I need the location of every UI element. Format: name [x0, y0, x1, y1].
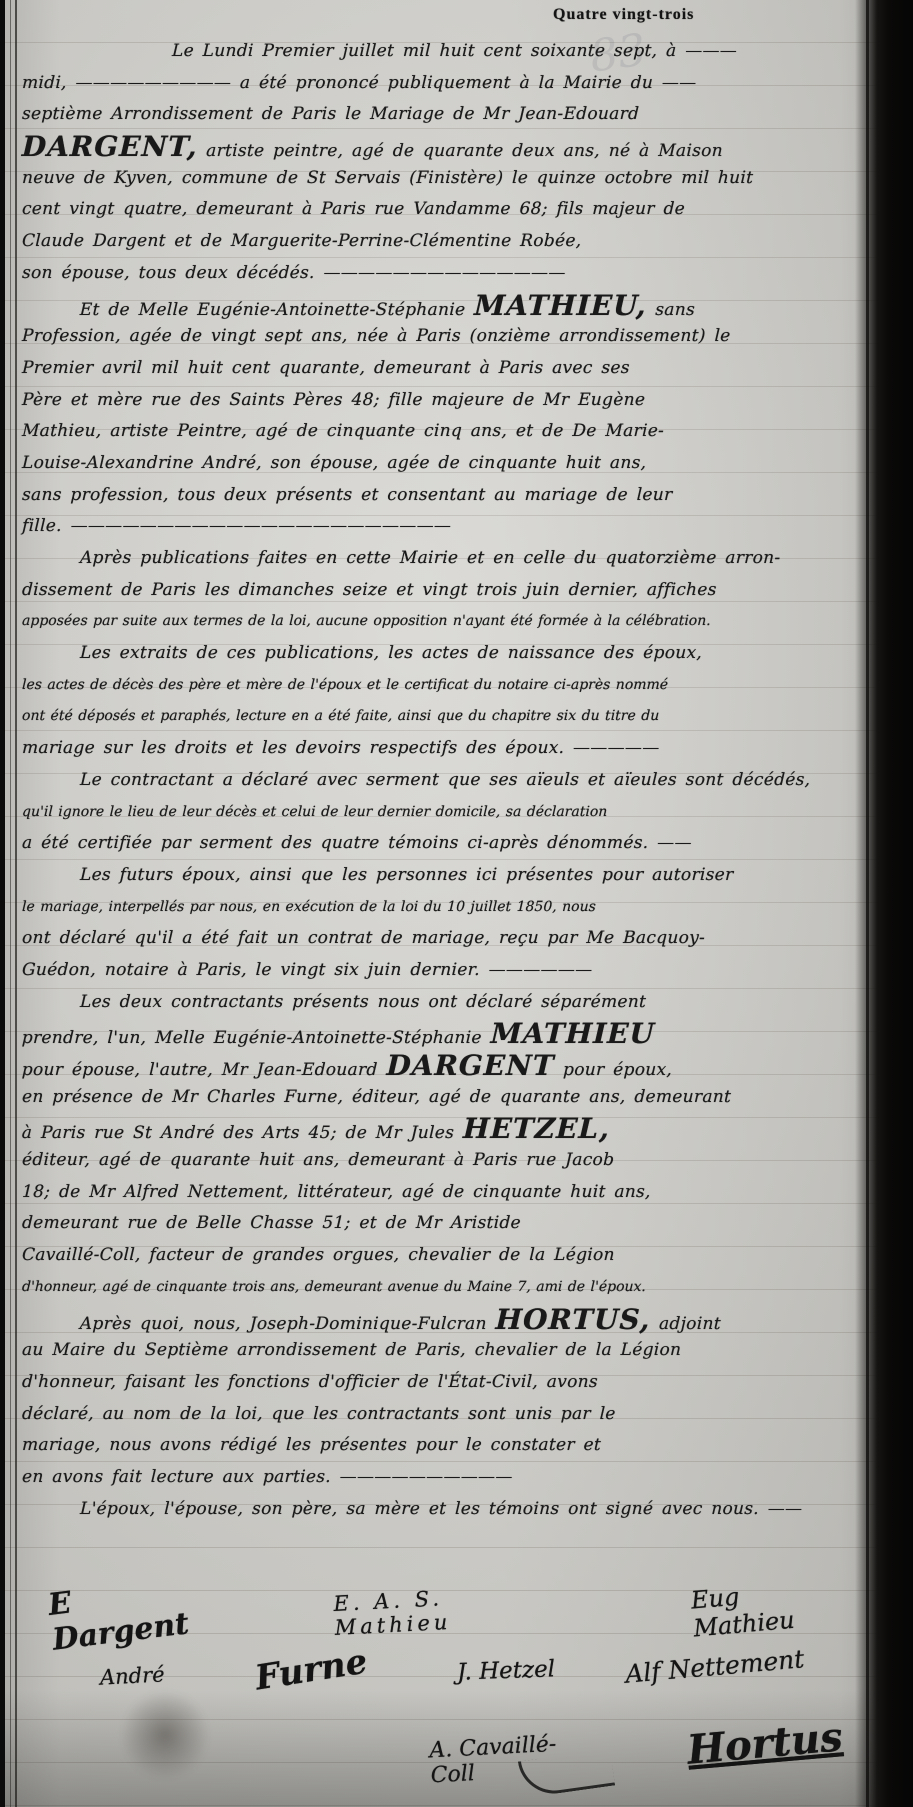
- manuscript-line: qu'il ignore le lieu de leur décès et ce…: [21, 797, 851, 829]
- manuscript-line: Cavaillé-Coll, facteur de grandes orgues…: [21, 1240, 851, 1272]
- manuscript-line: pour épouse, l'autre, Mr Jean-Edouard DA…: [21, 1050, 851, 1082]
- signature: André: [99, 1662, 165, 1689]
- manuscript-line: Père et mère rue des Saints Pères 48; fi…: [21, 385, 851, 417]
- manuscript-line: son épouse, tous deux décédés. —————————…: [21, 258, 851, 290]
- manuscript-line: L'époux, l'épouse, son père, sa mère et …: [21, 1494, 851, 1526]
- surname-emphasis: MATHIEU: [490, 1017, 655, 1050]
- scan-edge-left: [0, 0, 5, 1807]
- manuscript-line: d'honneur, agé de cinquante trois ans, d…: [21, 1272, 851, 1304]
- surname-emphasis: HETZEL,: [463, 1112, 611, 1145]
- manuscript-line: le mariage, interpellés par nous, en exé…: [21, 892, 851, 924]
- manuscript-line: au Maire du Septième arrondissement de P…: [21, 1335, 851, 1367]
- manuscript-line: Le Lundi Premier juillet mil huit cent s…: [21, 36, 851, 68]
- manuscript-line: 18; de Mr Alfred Nettement, littérateur,…: [21, 1177, 851, 1209]
- signature-row: E DargentE. A. S. MathieuEug Mathieu: [30, 1578, 843, 1650]
- manuscript-line: cent vingt quatre, demeurant à Paris rue…: [21, 194, 851, 226]
- manuscript-line: à Paris rue St André des Arts 45; de Mr …: [21, 1113, 851, 1145]
- manuscript-line: apposées par suite aux termes de la loi,…: [21, 606, 851, 638]
- signature: Alf Nettement: [624, 1644, 805, 1689]
- manuscript-line: Les futurs époux, ainsi que les personne…: [21, 860, 851, 892]
- manuscript-line: Les deux contractants présents nous ont …: [21, 987, 851, 1019]
- signature: Hortus: [686, 1713, 845, 1773]
- manuscript-line: mariage, nous avons rédigé les présentes…: [21, 1430, 851, 1462]
- signature: E Dargent: [46, 1568, 217, 1657]
- manuscript-line: Les extraits de ces publications, les ac…: [21, 638, 851, 670]
- act-body: Le Lundi Premier juillet mil huit cent s…: [22, 36, 851, 1525]
- signature: E. A. S. Mathieu: [333, 1580, 563, 1640]
- manuscript-line: fille. ——————————————————————: [21, 511, 851, 543]
- surname-emphasis: DARGENT,: [21, 130, 198, 163]
- manuscript-line: septième Arrondissement de Paris le Mari…: [21, 99, 851, 131]
- manuscript-line: ont été déposés et paraphés, lecture en …: [21, 701, 851, 733]
- manuscript-line: d'honneur, faisant les fonctions d'offic…: [21, 1367, 851, 1399]
- manuscript-line: DARGENT, artiste peintre, agé de quarant…: [21, 131, 851, 163]
- manuscript-line: demeurant rue de Belle Chasse 51; et de …: [21, 1208, 851, 1240]
- manuscript-line: Guédon, notaire à Paris, le vingt six ju…: [21, 955, 851, 987]
- manuscript-line: Le contractant a déclaré avec serment qu…: [21, 765, 851, 797]
- manuscript-line: midi, ————————— a été prononcé publiquem…: [21, 68, 851, 100]
- manuscript-line: Mathieu, artiste Peintre, agé de cinquan…: [21, 416, 851, 448]
- manuscript-line: les actes de décès des père et mère de l…: [21, 670, 851, 702]
- manuscript-line: a été certifiée par serment des quatre t…: [21, 828, 851, 860]
- smudge-stain: [120, 1690, 210, 1780]
- manuscript-line: déclaré, au nom de la loi, que les contr…: [21, 1399, 851, 1431]
- manuscript-line: Premier avril mil huit cent quarante, de…: [21, 353, 851, 385]
- surname-emphasis: HORTUS,: [495, 1303, 651, 1336]
- manuscript-line: éditeur, agé de quarante huit ans, demeu…: [21, 1145, 851, 1177]
- manuscript-line: ont déclaré qu'il a été fait un contrat …: [21, 923, 851, 955]
- scan-edge-right: [855, 0, 913, 1807]
- manuscript-line: Profession, agée de vingt sept ans, née …: [21, 321, 851, 353]
- manuscript-line: en avons fait lecture aux parties. —————…: [21, 1462, 851, 1494]
- surname-emphasis: MATHIEU,: [474, 289, 648, 322]
- manuscript-line: prendre, l'un, Melle Eugénie-Antoinette-…: [21, 1018, 851, 1050]
- manuscript-line: Après publications faites en cette Mairi…: [21, 543, 851, 575]
- manuscript-line: Claude Dargent et de Marguerite-Perrine-…: [21, 226, 851, 258]
- folio-number-header: Quatre vingt-trois: [553, 6, 694, 24]
- manuscript-line: Louise-Alexandrine André, son épouse, ag…: [21, 448, 851, 480]
- margin-rule-line: [15, 0, 17, 1807]
- manuscript-line: dissement de Paris les dimanches seize e…: [21, 575, 851, 607]
- signature: J. Hetzel: [457, 1656, 556, 1685]
- manuscript-line: Et de Melle Eugénie-Antoinette-Stéphanie…: [21, 290, 851, 322]
- surname-emphasis: DARGENT: [386, 1049, 555, 1082]
- manuscript-line: en présence de Mr Charles Furne, éditeur…: [21, 1082, 851, 1114]
- scanned-marriage-record-page: Quatre vingt-trois 83 Le Lundi Premier j…: [0, 0, 913, 1807]
- manuscript-line: sans profession, tous deux présents et c…: [21, 480, 851, 512]
- signature: Furne: [252, 1641, 369, 1698]
- manuscript-line: neuve de Kyven, commune de St Servais (F…: [21, 163, 851, 195]
- manuscript-line: Après quoi, nous, Joseph-Dominique-Fulcr…: [21, 1304, 851, 1336]
- margin-rule-line: [10, 0, 11, 1807]
- signature: Eug Mathieu: [690, 1574, 846, 1643]
- manuscript-line: mariage sur les droits et les devoirs re…: [21, 733, 851, 765]
